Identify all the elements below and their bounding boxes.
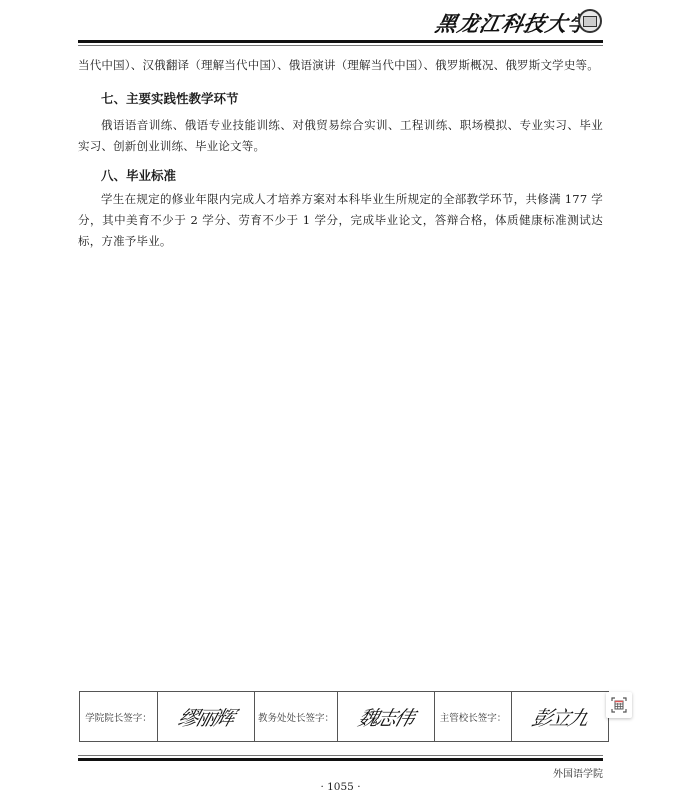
- signature-college-dean: 缪丽辉: [158, 692, 255, 742]
- department-name: 外国语学院: [553, 765, 603, 780]
- section-body-7: 俄语语音训练、俄语专业技能训练、对俄贸易综合实训、工程训练、职场模拟、专业实习、…: [78, 115, 603, 157]
- university-seal-icon: [578, 9, 602, 33]
- label-vice-president: 主管校长签字：: [435, 692, 512, 742]
- table-scan-icon: [611, 697, 627, 713]
- label-college-dean: 学院院长签字：: [80, 692, 158, 742]
- label-academic-affairs-director: 教务处处长签字：: [255, 692, 338, 742]
- signature-vice-president: 彭立九: [512, 692, 609, 742]
- header-rule-thick: [78, 40, 603, 43]
- footer-rule-thin: [78, 755, 603, 756]
- section-heading-8: 八、毕业标准: [101, 166, 176, 184]
- university-logo-text: 黑龙江科技大学: [433, 8, 593, 38]
- signature-college-dean-text: 缪丽辉: [175, 702, 237, 731]
- signature-vice-president-text: 彭立九: [529, 702, 591, 731]
- signature-table: 学院院长签字： 缪丽辉 教务处处长签字： 魏志伟 主管校长签字： 彭立九: [79, 691, 609, 742]
- page-number: · 1055 ·: [0, 781, 681, 793]
- continuation-paragraph: 当代中国）、汉俄翻译（理解当代中国）、俄语演讲（理解当代中国）、俄罗斯概况、俄罗…: [78, 55, 603, 76]
- signature-academic-affairs-director-text: 魏志伟: [355, 702, 417, 731]
- header-rule-thin: [78, 45, 603, 46]
- section-heading-7: 七、主要实践性教学环节: [101, 89, 239, 107]
- signature-academic-affairs-director: 魏志伟: [338, 692, 435, 742]
- table-recognize-button[interactable]: [606, 692, 632, 718]
- section-body-8: 学生在规定的修业年限内完成人才培养方案对本科毕业生所规定的全部教学环节，共修满 …: [78, 189, 603, 252]
- footer-rule-thick: [78, 758, 603, 761]
